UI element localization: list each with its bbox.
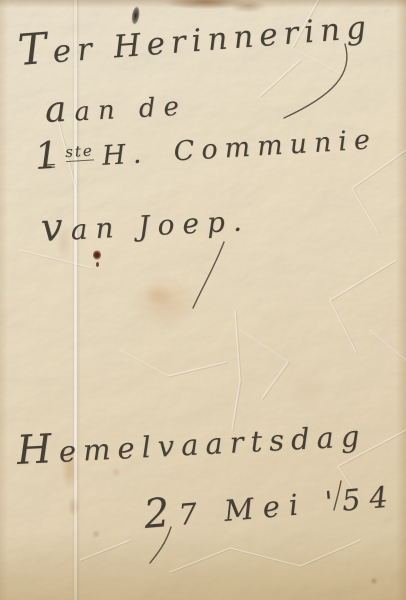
- note-line-ascension-day: Hemelvaartsdag: [16, 410, 368, 474]
- note-line-remembrance: Ter Herinnering: [16, 0, 373, 76]
- scanned-handwritten-note: Ter Herinnering aan de 1ste=H. Communie …: [0, 0, 406, 600]
- note-line-aan-de: aan de: [44, 83, 188, 131]
- small-ink-drop: [93, 250, 101, 260]
- note-line-date: 27 Mei '54: [142, 470, 398, 538]
- ordinal-equals-mark: =: [45, 159, 57, 175]
- communion-text: H. Communie: [101, 124, 378, 172]
- note-line-name: van Joep.: [40, 195, 251, 251]
- ordinal-suffix: ste: [65, 141, 95, 162]
